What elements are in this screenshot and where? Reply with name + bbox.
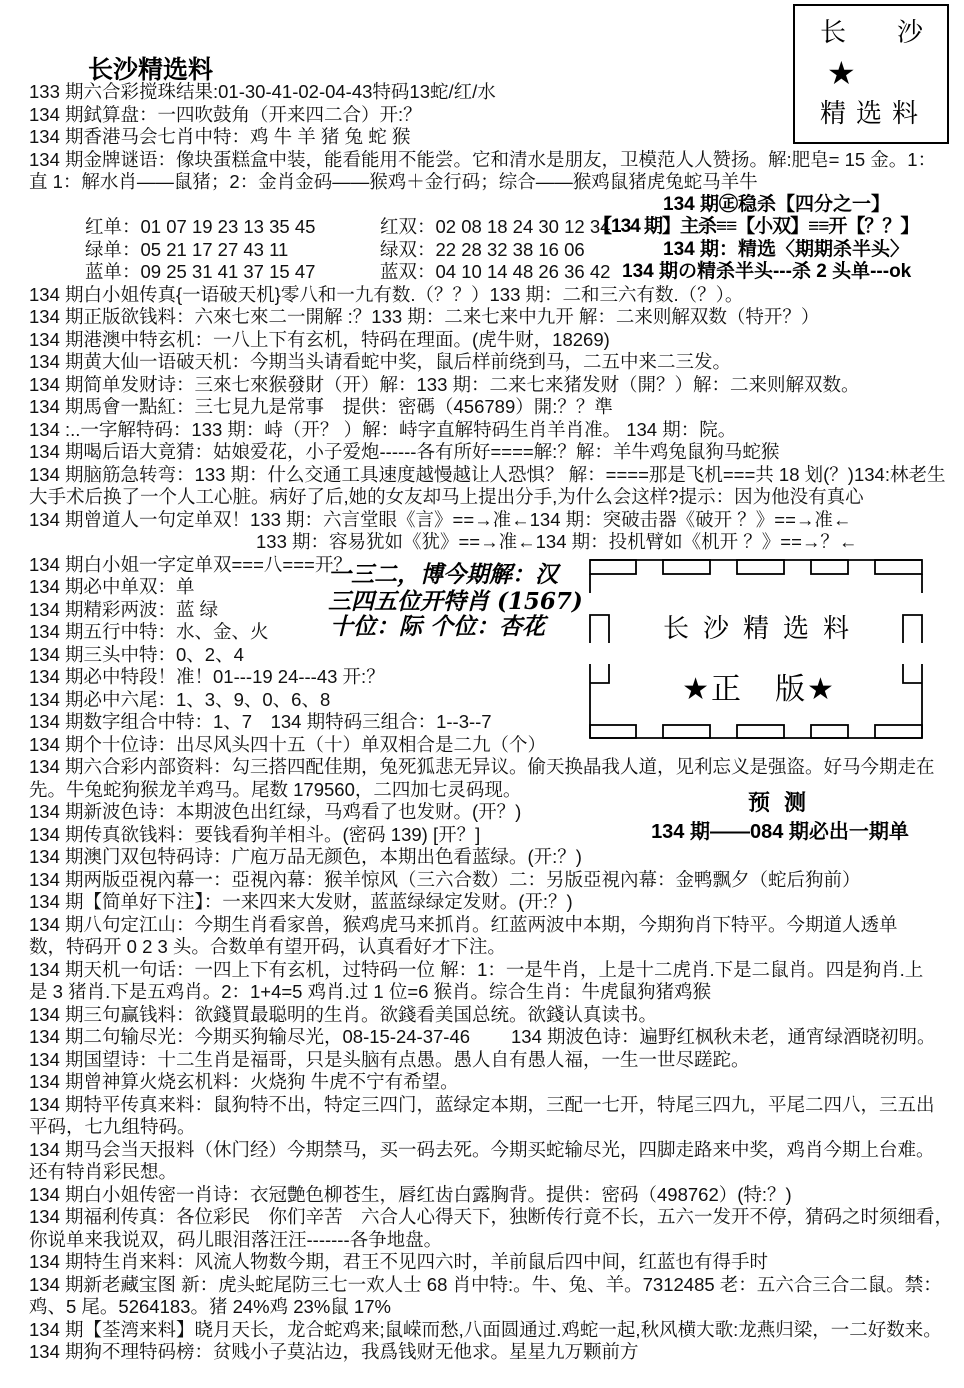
corner-char-sha: 沙 — [897, 17, 923, 47]
red-double-numbers: 02 08 18 24 30 12 34 — [436, 216, 611, 237]
green-single: 绿单：05 21 17 27 43 11 — [85, 239, 288, 262]
text-line: 134 期金牌谜语：像块蛋糕盒中装，能看能用不能尝。它和清水是朋友，卫模范人人赞… — [29, 149, 964, 172]
text-line: 直 1：解水肖——鼠猪；2：金肖金码——猴鸡＋金行码；综合——猴鸡鼠猪虎兔蛇马羊… — [29, 171, 964, 194]
lose-all-text: 134 期二句输尽光：今期买狗输尽光，08-15-24-37-46 — [29, 1026, 470, 1047]
text-line: 134 期正版欲钱料：六來七來二一開解 :？133 期：二来七来中九开 解：二来… — [29, 306, 964, 329]
text-line: 134 期天机一句话：一四上下有玄机，过特码一位 解：1：一是牛肖，上是十二虎肖… — [29, 959, 964, 982]
blue-single: 蓝单：09 25 31 41 37 15 47 — [85, 261, 315, 284]
number-row-0: 134 期㊣稳杀【四分之一】 — [29, 194, 964, 217]
text-line: 134 期曾道人一句定单双！133 期：六言堂眼《言》==→准←134 期：突破… — [29, 509, 964, 532]
text-line: 134 期新老藏宝图 新：虎头蛇尾防三七一欢人士 68 肖中特:。牛、兔、羊。7… — [29, 1274, 964, 1297]
text-line: 134 期国望诗：十二生肖是福哥，只是头脑有点愚。愚人自有愚人福，一生一世尽蹉跎… — [29, 1049, 964, 1072]
prediction-text: 134 期——084 期必出一期单 — [630, 819, 930, 845]
text-line: 134 期白小姐传密一肖诗：衣冠艶色柳苍生，唇红齿白露胸背。提供：密码（4987… — [29, 1184, 964, 1207]
red-double-label: 红双： — [380, 216, 436, 237]
text-line: 134 期特平传真来料：鼠狗特不出，特定三四门，蓝绿定本期，三配一七开，特尾三四… — [29, 1094, 964, 1117]
green-double: 绿双：22 28 32 38 16 06 — [380, 239, 585, 262]
right-note: 134 期：精选〈期期杀半头〉 — [663, 239, 909, 262]
text-line: 134 期简单发财诗：三來七來猴發財（开）解：133 期：二来七来猪发财（開？）… — [29, 374, 964, 397]
text-line: 134 期【荃湾来料】晓月天长，龙合蛇鸡来;鼠嵘而愁,八面圆通过.鸡蛇一起,秋风… — [29, 1319, 964, 1342]
text-line-with-poem: 134 期二句输尽光：今期买狗输尽光，08-15-24-37-46 134 期波… — [29, 1026, 964, 1049]
handwritten-note-line: 十位：际 个位：杏花 — [330, 614, 545, 640]
blue-single-label: 蓝单： — [85, 261, 141, 282]
text-line: 134 期数字组合中特：1、7 134 期特码三组合：1--3--7 — [29, 711, 964, 734]
green-double-numbers: 22 28 32 38 16 06 — [436, 239, 585, 260]
page-title: 长沙精选料 — [88, 56, 213, 84]
text-line: 134 期特生肖来料：风流人物数今期，君王不见四六时，羊前鼠后四中间，红蓝也有得… — [29, 1251, 964, 1274]
green-single-label: 绿单： — [85, 239, 141, 260]
text-line: 134 期马会当天报料（休门经）今期禁马，买一码去死。今期买蛇输尽光，四脚走路来… — [29, 1139, 964, 1162]
text-line: 134 期曾神算火烧玄机料：火烧狗 牛虎不宁有希望。 — [29, 1071, 964, 1094]
text-line: 你说单来我说双，码儿眼泪落汪汪-------各争地盘。 — [29, 1229, 964, 1252]
draw-result-line: 133 期六合彩搅珠结果:01-30-41-02-04-43特码13蛇/红/水 — [29, 81, 964, 104]
green-single-numbers: 05 21 17 27 43 11 — [141, 239, 289, 260]
right-note: 【134 期】主杀≡≡【小双】≡≡开【？？】 — [593, 216, 918, 239]
blue-double-numbers: 04 10 14 48 26 36 42 — [436, 261, 611, 282]
text-line: 134 期白小姐传真{一语破天机}零八和一九有数.（？？）133 期：二和三六有… — [29, 284, 964, 307]
text-line: 134 :..一字解特码：133 期：峙（开？ ）解：峙字直解特码生肖羊肖准。 … — [29, 419, 964, 442]
blue-double-label: 蓝双： — [380, 261, 436, 282]
text-line: 134 期【简单好下注】：一来四来大发财，蓝蓝绿绿定发财。(开:？) — [29, 891, 964, 914]
prediction-title: 预测 — [677, 790, 877, 816]
text-line: 大手术后换了一个人工心脏。病好了后,她的女友却马上提出分手,为什么会这样?提示：… — [29, 486, 964, 509]
handwritten-note-line: 一三二，博今期解：汉 — [328, 562, 558, 588]
text-line: 134 期两版亞視內幕一：亞視內幕：猴羊惊风（三六合数）二：另版亞視內幕：金鸭飘… — [29, 869, 964, 892]
right-note: 134 期㊣稳杀【四分之一】 — [663, 194, 890, 217]
text-line: 134 期澳门双包特码诗：广庖万品无颜色，本期出色看蓝绿。(开:？) — [29, 846, 964, 869]
green-double-label: 绿双： — [380, 239, 436, 260]
text-body: 133 期六合彩搅珠结果:01-30-41-02-04-43特码13蛇/红/水 … — [29, 81, 964, 1364]
red-single: 红单：01 07 19 23 13 35 45 — [85, 216, 315, 239]
text-line: 是 3 猪肖.下是五鸡肖。2：1+4=5 鸡肖.过 1 位=6 猴肖。综合生肖：… — [29, 981, 964, 1004]
banner-subtitle: ★正 版★ — [590, 672, 928, 708]
number-row-green: 绿单：05 21 17 27 43 11 绿双：22 28 32 38 16 0… — [29, 239, 964, 262]
text-line: 134 期鉽算盘：一四吹鼓角（开来四二合）开:？ — [29, 104, 964, 127]
number-row-red: 红单：01 07 19 23 13 35 45 红双：02 08 18 24 3… — [29, 216, 964, 239]
text-line: 134 期香港马会七肖中特：鸡 牛 羊 猪 兔 蛇 猴 — [29, 126, 964, 149]
lottery-tip-sheet: 长沙精选料 长 沙 ★ 精选料 133 期六合彩搅珠结果:01-30-41-02… — [0, 0, 964, 1388]
text-line: 134 期馬會一點紅：三七見九是常事 提供：密碼（456789）開:？？準 — [29, 396, 964, 419]
text-line: 134 期黄大仙一语破天机：今期当头请看蛇中奖，鼠后样前绕到马，二五中来二三发。 — [29, 351, 964, 374]
text-line: 134 期喝后语大竟猜：姑娘爱花，小子爱炮------各有所好====解:？解：… — [29, 441, 964, 464]
banner-title: 长沙精选料 — [590, 612, 922, 644]
blue-double: 蓝双：04 10 14 48 26 36 42 — [380, 261, 610, 284]
text-line: 还有特肖彩民想。 — [29, 1161, 964, 1184]
handwritten-note-line: 三四五位开特肖 (1567) — [328, 589, 583, 615]
text-line: 134 期狗不理特码榜：贫贱小子莫沾边，我爲钱财无他求。星星九万颗前方 — [29, 1341, 964, 1364]
wave-color-poem: 134 期波色诗：遍野红枫秋未老，通宵绿酒晓初明。 — [511, 1026, 936, 1049]
text-line: 134 期三句赢钱料：欲錢買最聪明的生肖。欲錢看美国总统。欲錢认真读书。 — [29, 1004, 964, 1027]
text-line: 134 期六合彩内部资料：勾三搭四配佳期，兔死狐悲无异议。偷天换晶我人道，见利忘… — [29, 756, 964, 779]
text-line: 134 期脑筋急转弯：133 期：什么交通工具速度越慢越让人恐惧？ 解：====… — [29, 464, 964, 487]
text-line: 134 期港澳中特玄机：一八上下有玄机，特码在理面。(虎牛财，18269) — [29, 329, 964, 352]
text-line: 134 期福利传真：各位彩民 你们辛苦 六合人心得天下，独断传行竟不长，五六一发… — [29, 1206, 964, 1229]
number-row-blue: 蓝单：09 25 31 41 37 15 47 蓝双：04 10 14 48 2… — [29, 261, 964, 284]
text-line: 数，特码开 0 2 3 头。合数单有望开码，认真看好才下注。 — [29, 936, 964, 959]
text-line: 134 期三头中特：0、2、4 — [29, 644, 964, 667]
text-line: 134 期八句定江山：今期生肖看家兽，猴鸡虎马来抓肖。红蓝两波中本期，今期狗肖下… — [29, 914, 964, 937]
text-line-indented: 133 期：容易犹如《犹》==→准←134 期：投机臂如《机开 ？》==→？← — [29, 531, 964, 554]
text-line: 134 期个十位诗：出尽风头四十五（十）单双相合是二九（个） — [29, 734, 964, 757]
text-line: 鸡、5 尾。5264183。猪 24%鸡 23%鼠 17% — [29, 1296, 964, 1319]
red-double: 红双：02 08 18 24 30 12 34 — [380, 216, 610, 239]
red-single-label: 红单： — [85, 216, 141, 237]
corner-char-chang: 长 — [820, 17, 846, 47]
blue-single-numbers: 09 25 31 41 37 15 47 — [141, 261, 316, 282]
right-note: 134 期の精杀半头---杀 2 头单---ok — [622, 261, 911, 284]
text-line: 平码，七九组特码。 — [29, 1116, 964, 1139]
red-single-numbers: 01 07 19 23 13 35 45 — [141, 216, 316, 237]
